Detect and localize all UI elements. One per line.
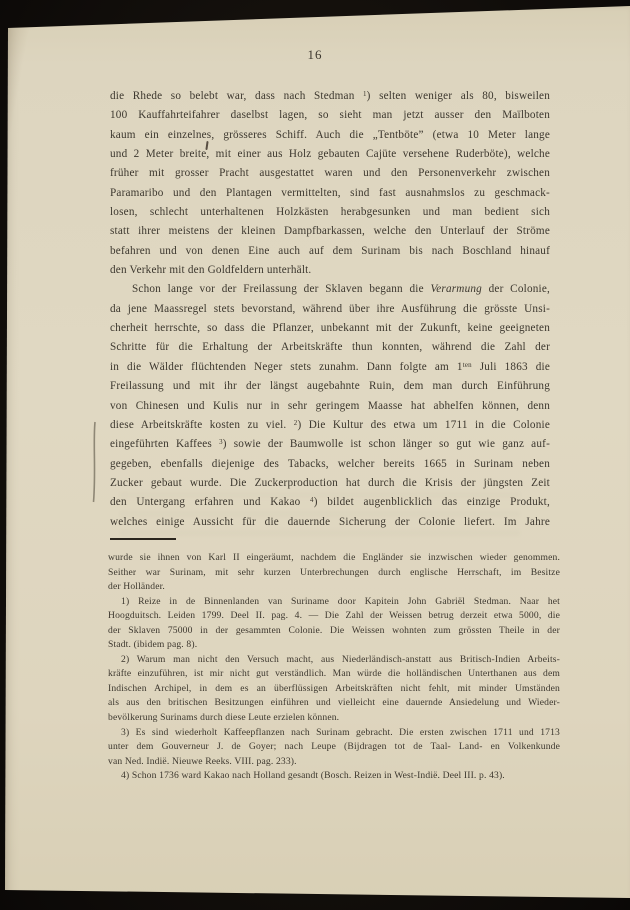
text-line: den Verkehr mit den Goldfeldern unterhäl… <box>110 261 550 280</box>
text-line: statt ihrer meistens der kleinen Dampfba… <box>110 222 550 241</box>
handwritten-margin-mark <box>90 420 100 504</box>
text-line: diese Arbeitskräfte kosten zu viel. 2) D… <box>110 416 550 435</box>
page-paper: 16 die Rhede so belebt war, dass nach St… <box>0 0 630 910</box>
text-line: von Chinesen und Kulis nur in sehr gerin… <box>110 397 550 416</box>
text-line: bevölkerung Surinams durch diese Leute e… <box>108 711 560 726</box>
paragraph: die Rhede so belebt war, dass nach Stedm… <box>110 87 550 280</box>
text-line: Schritte für die Erhaltung der Arbeitskr… <box>110 338 550 357</box>
paragraph: 2) Warum man nicht den Versuch macht, au… <box>108 653 560 726</box>
text-line: Stadt. (ibidem pag. 8). <box>108 638 560 653</box>
text-line: van Ned. Indië. Nieuwe Reeks. VIII. pag.… <box>108 755 560 770</box>
footnotes-block: wurde sie ihnen von Karl II eingeräumt, … <box>108 551 560 784</box>
text-line: unter dem Gouverneur J. de Goyer; nach L… <box>108 740 560 755</box>
paragraph: 1) Reize in de Binnenlanden van Suriname… <box>108 595 560 653</box>
text-line: früher mit grosser Pracht ausgestattet w… <box>110 164 550 183</box>
text-line: die Rhede so belebt war, dass nach Stedm… <box>110 87 550 106</box>
text-line: kaum ein einzelnes, grösseres Schiff. Au… <box>110 126 550 145</box>
text-line: befahren und von denen Eine auch auf dem… <box>110 242 550 261</box>
text-line: Indischen Archipel, in dem es an überflü… <box>108 682 560 697</box>
text-line: 3) Es sind wiederholt Kaffeepflanzen nac… <box>108 726 560 741</box>
text-line: Freilassung und mit ihr der längst augeb… <box>110 377 550 396</box>
text-line: 1) Reize in de Binnenlanden van Suriname… <box>108 595 560 610</box>
text-line: und 2 Meter breite, mit einer aus Holz g… <box>110 145 550 164</box>
text-line: Zucker gebaut wurde. Die Zuckerproductio… <box>110 474 550 493</box>
text-line: Hoogduitsch. Leiden 1799. Deel II. pag. … <box>108 609 560 624</box>
text-line: 4) Schon 1736 ward Kakao nach Holland ge… <box>108 769 560 784</box>
text-line: Seither war Surinam, mit sehr kurzen Unt… <box>108 566 560 581</box>
text-line: als aus den britischen Besitzungen einfü… <box>108 696 560 711</box>
main-text-block: die Rhede so belebt war, dass nach Stedm… <box>110 87 550 532</box>
text-line: Schon lange vor der Freilassung der Skla… <box>110 280 550 299</box>
text-line: der Holländer. <box>108 580 560 595</box>
text-line: eingeführten Kaffees 3) sowie der Baumwo… <box>110 435 550 454</box>
footnote-separator-rule <box>110 538 176 540</box>
text-line: da jene Maassregel stets bevorstand, wäh… <box>110 300 550 319</box>
text-line: 2) Warum man nicht den Versuch macht, au… <box>108 653 560 668</box>
text-line: cherheit herrschte, so dass die Pflanzer… <box>110 319 550 338</box>
text-line: gegeben, ebenfalls diejenige des Tabacks… <box>110 455 550 474</box>
page-number: 16 <box>95 47 535 63</box>
paragraph: Schon lange vor der Freilassung der Skla… <box>110 280 550 531</box>
text-line: den Untergang erfahren und Kakao 4) bild… <box>110 493 550 512</box>
text-line: wurde sie ihnen von Karl II eingeräumt, … <box>108 551 560 566</box>
scanned-book-page: 16 die Rhede so belebt war, dass nach St… <box>0 0 630 910</box>
paragraph: 4) Schon 1736 ward Kakao nach Holland ge… <box>108 769 560 784</box>
paragraph: wurde sie ihnen von Karl II eingeräumt, … <box>108 551 560 595</box>
text-line: Paramaribo und den Plantagen vermittelte… <box>110 184 550 203</box>
text-line: welches einige Aussicht für die dauernde… <box>110 513 550 532</box>
text-line: der Sklaven 75000 in der gesammten Colon… <box>108 624 560 639</box>
text-line: losen, schlecht unterhaltenen Holzkästen… <box>110 203 550 222</box>
text-line: in die Wälder flüchtenden Neger stets zu… <box>110 358 550 377</box>
text-line: kräfte einzuführen, ist mir nicht gut ve… <box>108 667 560 682</box>
text-line: 100 Kauffahrteifahrer daselbst lagen, so… <box>110 106 550 125</box>
paragraph: 3) Es sind wiederholt Kaffeepflanzen nac… <box>108 726 560 770</box>
